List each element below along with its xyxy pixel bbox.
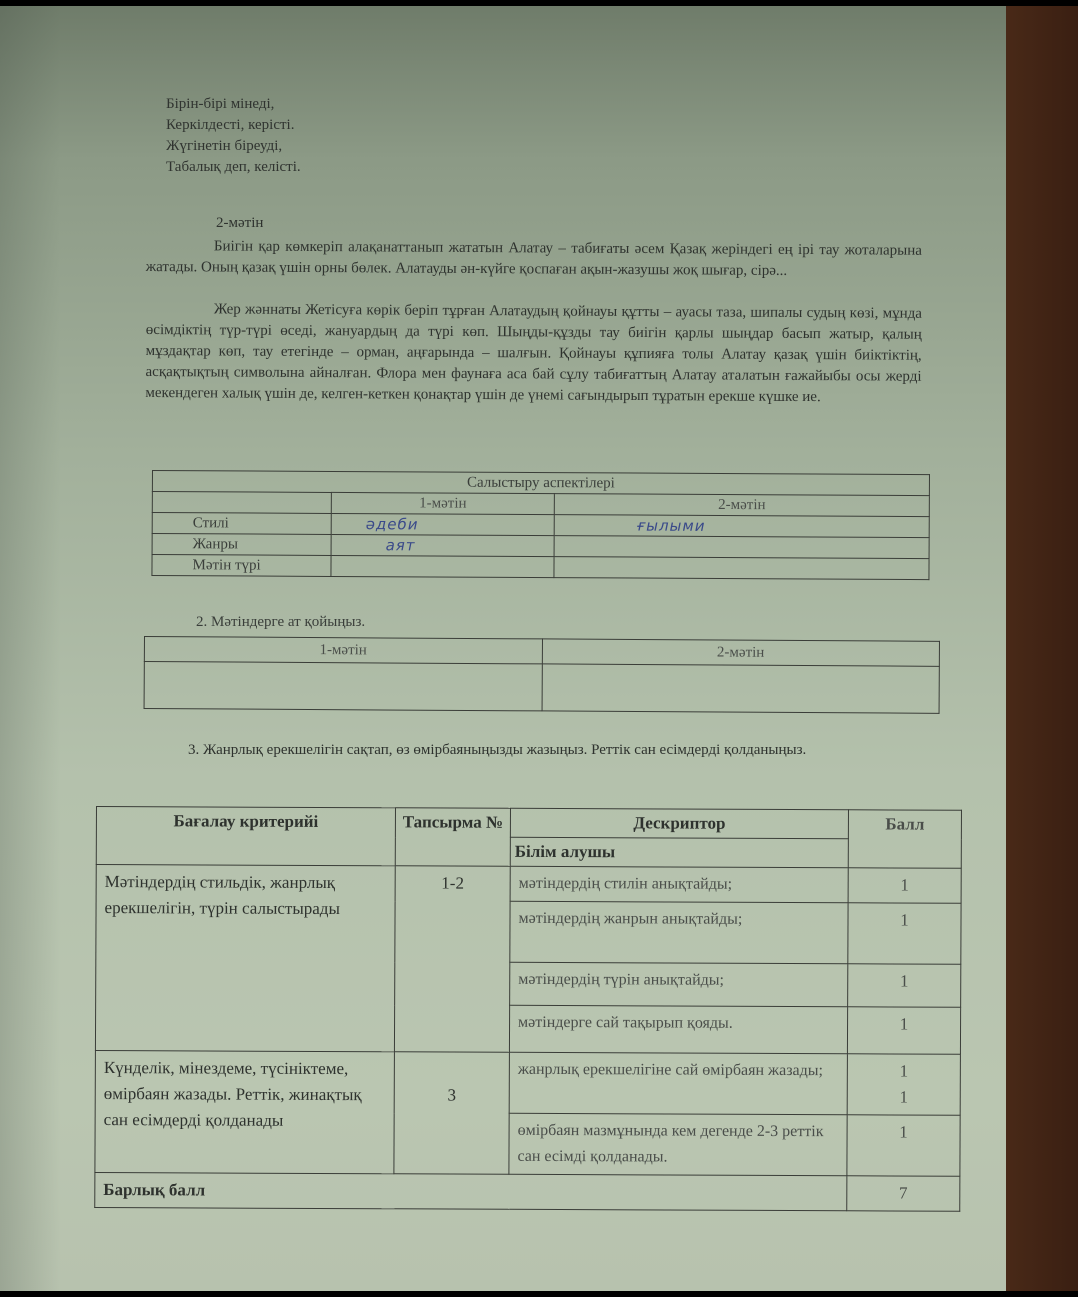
header-score: Балл bbox=[848, 810, 961, 868]
descriptor: жанрлық ерекшелігіне сай өмірбаян жазады… bbox=[509, 1052, 847, 1114]
assessment-rubric: Бағалау критерийі Тапсырма № Дескриптор … bbox=[94, 806, 962, 1212]
criterion-1: Мәтіндердің стильдік, жанрлық ерекшелігі… bbox=[95, 865, 395, 1052]
answer-cell-text1-type[interactable] bbox=[331, 555, 554, 577]
poem-line: Бірін-бірі мінеді, bbox=[166, 94, 301, 115]
score: 1 bbox=[847, 1007, 960, 1054]
handwritten-answer: әдеби bbox=[366, 515, 419, 533]
desk-background bbox=[1000, 6, 1078, 1291]
criterion-2: Күнделік, мінездеме, түсініктеме, өмірба… bbox=[95, 1050, 395, 1173]
descriptor: мәтіндердің түрін анықтайды; bbox=[510, 962, 848, 1006]
poem-line: Керкілдесті, керісті. bbox=[166, 115, 301, 136]
descriptor: өмірбаян мазмұнында кем дегенде 2-3 ретт… bbox=[509, 1113, 847, 1175]
worksheet-page: Бірін-бірі мінеді, Керкілдесті, керісті.… bbox=[0, 6, 1006, 1291]
empty-header-cell bbox=[152, 492, 331, 514]
column-header-text1: 1-мәтін bbox=[144, 637, 542, 664]
answer-cell-text1-genre[interactable]: аят bbox=[331, 534, 554, 556]
column-header-text1: 1-мәтін bbox=[331, 492, 554, 514]
descriptor: мәтіндерге сай тақырып қояды. bbox=[509, 1005, 847, 1053]
column-header-text2: 2-мәтін bbox=[542, 639, 940, 666]
answer-cell-text2-type[interactable] bbox=[554, 557, 929, 580]
text2-heading: 2-мәтін bbox=[216, 215, 263, 232]
score: 1 bbox=[848, 903, 961, 964]
header-learner: Білім алушы bbox=[510, 837, 848, 867]
score: 1 bbox=[848, 868, 961, 903]
table-row: Мәтін түрі bbox=[152, 555, 929, 580]
descriptor: мәтіндердің стилін анықтайды; bbox=[510, 866, 848, 902]
handwritten-answer: ғылыми bbox=[637, 516, 706, 534]
header-criterion: Бағалау критерийі bbox=[96, 807, 395, 866]
bottom-border bbox=[0, 1291, 1078, 1297]
column-header-text2: 2-мәтін bbox=[554, 494, 929, 517]
score: 1 bbox=[848, 964, 961, 1007]
table-row: Мәтіндердің стильдік, жанрлық ерекшелігі… bbox=[96, 865, 961, 904]
text2-paragraph-2: Жер жәннаты Жетісуға көрік беріп тұрған … bbox=[145, 299, 922, 409]
task3-prompt: 3. Жанрлық ерекшелігін сақтап, өз өмірба… bbox=[146, 738, 944, 762]
task-number-1: 1-2 bbox=[394, 866, 510, 1053]
answer-cell-text2-style[interactable]: ғылыми bbox=[554, 515, 929, 538]
comparison-table: Салыстыру аспектілері 1-мәтін 2-мәтін Ст… bbox=[151, 470, 930, 580]
total-label: Барлық балл bbox=[95, 1172, 847, 1210]
poem-line: Табалық деп, келісті. bbox=[166, 157, 301, 178]
header-descriptor: Дескриптор bbox=[510, 808, 848, 838]
row-label-text-type: Мәтін түрі bbox=[152, 555, 331, 577]
descriptor: мәтіндердің жанрын анықтайды; bbox=[510, 901, 848, 963]
score: 1 bbox=[847, 1115, 960, 1176]
handwritten-answer: аят bbox=[386, 536, 416, 554]
poem-excerpt: Бірін-бірі мінеді, Керкілдесті, керісті.… bbox=[166, 94, 301, 178]
poem-line: Жүгінетін біреуді, bbox=[166, 136, 301, 157]
task-number-2: 3 bbox=[394, 1052, 510, 1175]
title-answer-text1[interactable] bbox=[144, 662, 542, 711]
table-row: Барлық балл 7 bbox=[95, 1172, 960, 1211]
total-score: 7 bbox=[847, 1176, 960, 1211]
title-answer-text2[interactable] bbox=[542, 664, 940, 713]
answer-cell-text1-style[interactable]: әдеби bbox=[331, 513, 554, 535]
answer-cell-text2-genre[interactable] bbox=[554, 536, 929, 559]
text2-paragraph-1: Биігін қар көмкеріп алақанаттанып жататы… bbox=[146, 236, 922, 283]
row-label-style: Стилі bbox=[152, 513, 331, 535]
row-label-genre: Жанры bbox=[152, 534, 331, 556]
score: 1 1 bbox=[847, 1054, 960, 1115]
table-row: Күнделік, мінездеме, түсініктеме, өмірба… bbox=[95, 1050, 960, 1115]
title-answer-table: 1-мәтін 2-мәтін bbox=[144, 636, 940, 714]
task2-prompt: 2. Мәтіндерге ат қойыңыз. bbox=[196, 614, 365, 631]
header-task-number: Тапсырма № bbox=[395, 808, 510, 867]
